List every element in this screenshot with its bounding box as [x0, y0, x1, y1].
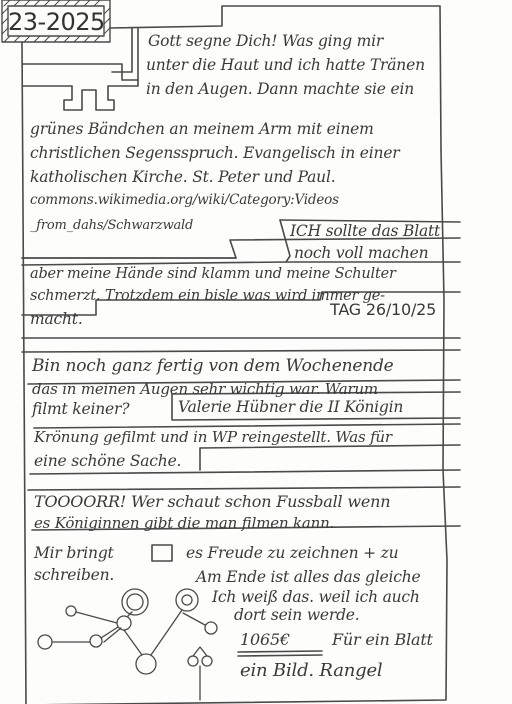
- date-box: 23-2025: [8, 8, 105, 36]
- entry-2-callout-line-2: noch voll machen: [294, 244, 428, 262]
- entry-1-line-6: katholischen Kirche. St. Peter und Paul.: [30, 168, 335, 186]
- entry-3-line-6: eine schöne Sache.: [34, 452, 181, 470]
- entry-1-line-4: grünes Bändchen an meinem Arm mit einem: [30, 120, 374, 138]
- price-tag: 1065€: [240, 630, 290, 649]
- entry-1-line-5: christlichen Segensspruch. Evangelisch i…: [30, 144, 400, 162]
- entry-3-boxed-line: Valerie Hübner die II Königin: [178, 398, 403, 416]
- molecule-sketch: [30, 576, 230, 686]
- entry-2-line-3: aber meine Hände sind klamm und meine Sc…: [30, 266, 396, 282]
- entry-4-line-1: TOOOORR! Wer schaut schon Fussball wenn: [34, 492, 390, 511]
- entry-3-line-2: das in meinen Augen sehr wichtig war. Wa…: [32, 380, 378, 398]
- day-stamp: TAG 26/10/25: [330, 300, 436, 319]
- entry-3-line-5: Krönung gefilmt und in WP reingestellt. …: [34, 428, 392, 446]
- entry-1-line-2: unter die Haut und ich hatte Tränen: [146, 56, 425, 74]
- entry-1-url-continued: _from_dahs/Schwarzwald: [30, 218, 193, 233]
- entry-5-line-6: dort sein werde.: [234, 606, 360, 624]
- entry-2-callout-line-1: ICH sollte das Blatt: [290, 222, 440, 240]
- entry-5-line-1: Mir bringt: [34, 544, 114, 562]
- closing-signature: ein Bild. Rangel: [240, 660, 382, 681]
- entry-1-line-1: Gott segne Dich! Was ging mir: [148, 32, 383, 50]
- entry-2-line-5: macht.: [30, 310, 83, 328]
- entry-1-line-3: in den Augen. Dann machte sie ein: [146, 80, 414, 98]
- entry-3-line-1: Bin noch ganz fertig von dem Wochenende: [32, 356, 394, 376]
- entry-5-line-5: Ich weiß das. weil ich auch: [212, 588, 420, 606]
- entry-4-line-2: es Königinnen gibt die man filmen kann.: [34, 514, 334, 532]
- price-note: Für ein Blatt: [332, 630, 433, 649]
- diary-page: 23-2025 Gott segne Dich! Was ging mir un…: [0, 0, 512, 704]
- entry-3-line-3: filmt keiner?: [32, 400, 129, 418]
- entry-5-line-3: es Freude zu zeichnen + zu: [186, 544, 398, 562]
- entry-1-url-line: commons.wikimedia.org/wiki/Category:Vide…: [30, 192, 339, 208]
